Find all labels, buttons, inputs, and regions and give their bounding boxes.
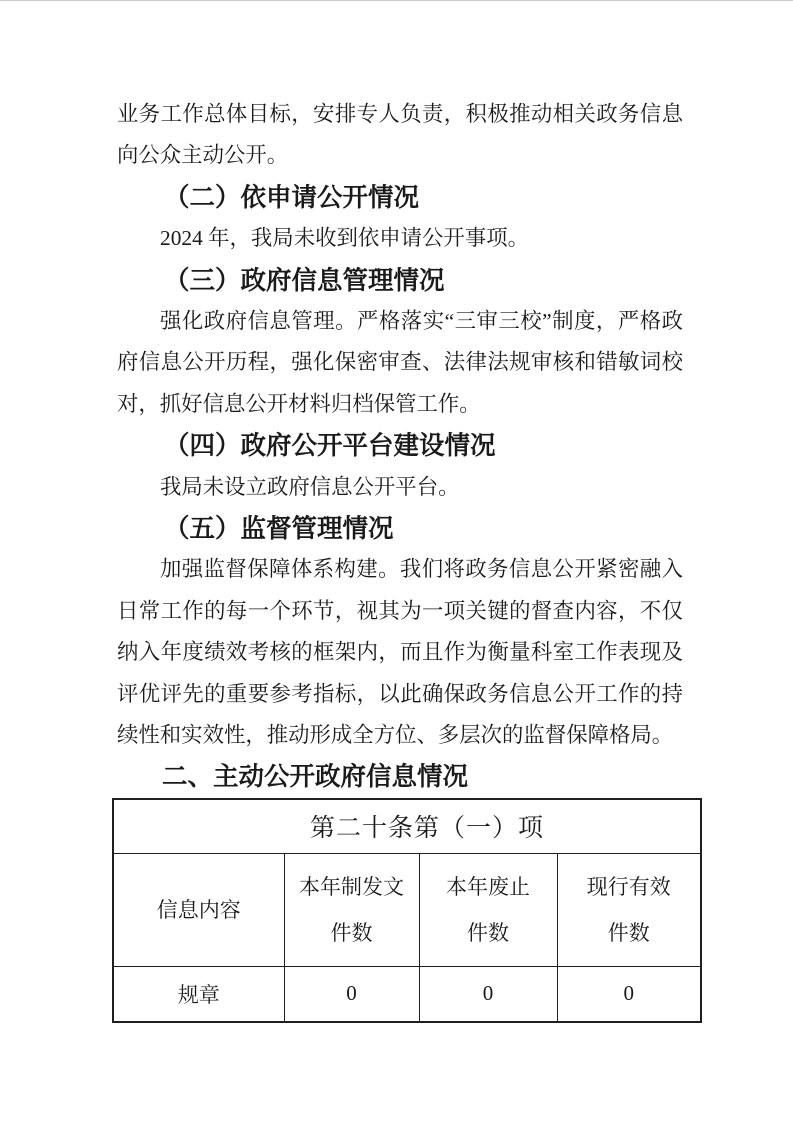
table-title: 第二十条第（一）项 [113,799,701,854]
cell-issued-count: 0 [284,966,419,1022]
cell-repealed-count: 0 [419,966,557,1022]
page-top-edge [0,0,793,1]
paragraph-no-requests: 2024 年，我局未收到依申请公开事项。 [117,218,683,259]
column-header-repealed-this-year: 本年废止件数 [419,853,557,966]
paragraph-continuation: 业务工作总体目标，安排专人负责，积极推动相关政务信息向公众主动公开。 [117,94,683,177]
heading-item-5: （五）监督管理情况 [117,508,683,549]
heading-item-2: （二）依申请公开情况 [117,177,683,218]
document-page: 业务工作总体目标，安排专人负责，积极推动相关政务信息向公众主动公开。 （二）依申… [0,0,793,1122]
column-header-info-content: 信息内容 [113,853,284,966]
table-header-row: 信息内容 本年制发文件数 本年废止件数 现行有效件数 [113,853,701,966]
column-header-currently-effective: 现行有效件数 [557,853,701,966]
heading-item-4: （四）政府公开平台建设情况 [117,425,683,466]
column-header-issued-this-year: 本年制发文件数 [284,853,419,966]
disclosure-table: 第二十条第（一）项 信息内容 本年制发文件数 本年废止件数 现行有效件数 规章 … [112,798,702,1023]
paragraph-no-platform: 我局未设立政府信息公开平台。 [117,467,683,508]
table-title-row: 第二十条第（一）项 [113,799,701,854]
paragraph-supervision: 加强监督保障体系构建。我们将政务信息公开紧密融入日常工作的每一个环节，视其为一项… [117,549,683,756]
paragraph-info-management: 强化政府信息管理。严格落实“三审三校”制度，严格政府信息公开历程，强化保密审查、… [117,301,683,425]
row-label: 规章 [113,966,284,1022]
heading-item-3: （三）政府信息管理情况 [117,260,683,301]
section-heading-2: 二、主动公开政府信息情况 [117,757,683,798]
table-row-regulations: 规章 0 0 0 [113,966,701,1022]
cell-effective-count: 0 [557,966,701,1022]
document-content: 业务工作总体目标，安排专人负责，积极推动相关政务信息向公众主动公开。 （二）依申… [117,94,683,1023]
